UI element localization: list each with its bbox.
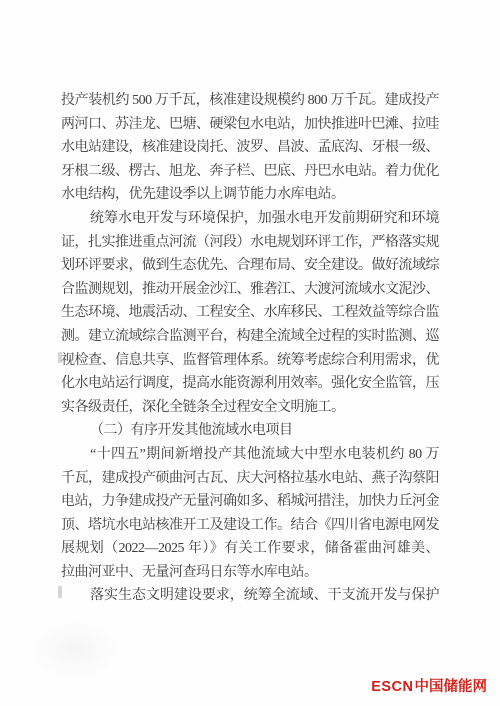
- text-line: 水电结构，优先建设季以上调节能力水库电站。: [61, 183, 439, 207]
- document-text: 投产装机约 500 万千瓦，核准建设规模约 800 万千瓦。建成投产两河口、苏洼…: [61, 89, 439, 608]
- text-line: 电站，力争建成投产无量河确如多、稻城河措洼，加快力丘河金: [61, 490, 439, 514]
- escn-logo: ESCN中国储能网: [371, 675, 487, 696]
- text-line: 证，扎实推进重点河流（河段）水电规划环评工作，严格落实规: [61, 231, 439, 255]
- text-line: 牙根二级、楞古、旭龙、奔子栏、巴底、丹巴水电站。着力优化: [61, 160, 439, 184]
- text-line: 两河口、苏洼龙、巴塘、硬梁包水电站，加快推进叶巴滩、拉哇: [61, 113, 439, 137]
- text-line: 实各级责任，深化全链条全过程安全文明施工。: [61, 396, 439, 420]
- text-line: 投产装机约 500 万千瓦，核准建设规模约 800 万千瓦。建成投产: [61, 89, 439, 113]
- text-line: 统筹水电开发与环境保护，加强水电开发前期研究和环境论: [61, 207, 439, 231]
- text-line: 拉曲河亚中、无量河查玛日东等水库电站。: [61, 561, 439, 585]
- text-line: （二）有序开发其他流域水电项目: [61, 419, 439, 443]
- text-line: 合监测规划，推动开展金沙江、雅砻江、大渡河流域水文泥沙、: [61, 278, 439, 302]
- text-line: 展规划（2022—2025 年）》有关工作要求，储备霍曲河雄美、: [61, 537, 439, 561]
- text-line: 化水电站运行调度，提高水能资源利用效率。强化安全监管，压: [61, 372, 439, 396]
- text-line: 划环评要求，做到生态优先、合理布局、安全建设。做好流域综: [61, 254, 439, 278]
- text-line: 顶、塔坑水电站核准开工及建设工作。结合《四川省电源电网发: [61, 514, 439, 538]
- text-line: “十四五”期间新增投产其他流域大中型水电装机约 80 万: [61, 443, 439, 467]
- logo-latin: ESCN: [371, 679, 414, 695]
- scan-smudge: [30, 620, 120, 680]
- text-line: 落实生态文明建设要求，统筹全流域、干支流开发与保护工: [61, 584, 439, 608]
- text-line: 千瓦，建成投产硕曲河古瓦、庆大河格拉基水电站、燕子沟蔡阳: [61, 467, 439, 491]
- text-line: 生态环境、地震活动、工程安全、水库移民、工程效益等综合监: [61, 301, 439, 325]
- text-line: 水电站建设，核准建设岗托、波罗、昌波、孟底沟、牙根一级、: [61, 136, 439, 160]
- text-line: 测。建立流域综合监测平台，构建全流域全过程的实时监测、巡: [61, 325, 439, 349]
- scan-artifact: [58, 586, 62, 598]
- scanned-page: 投产装机约 500 万千瓦，核准建设规模约 800 万千瓦。建成投产两河口、苏洼…: [0, 0, 500, 706]
- text-line: 视检查、信息共享、监督管理体系。统筹考虑综合利用需求，优: [61, 349, 439, 373]
- logo-chinese: 中国储能网: [415, 679, 488, 695]
- scan-artifact: [58, 352, 62, 363]
